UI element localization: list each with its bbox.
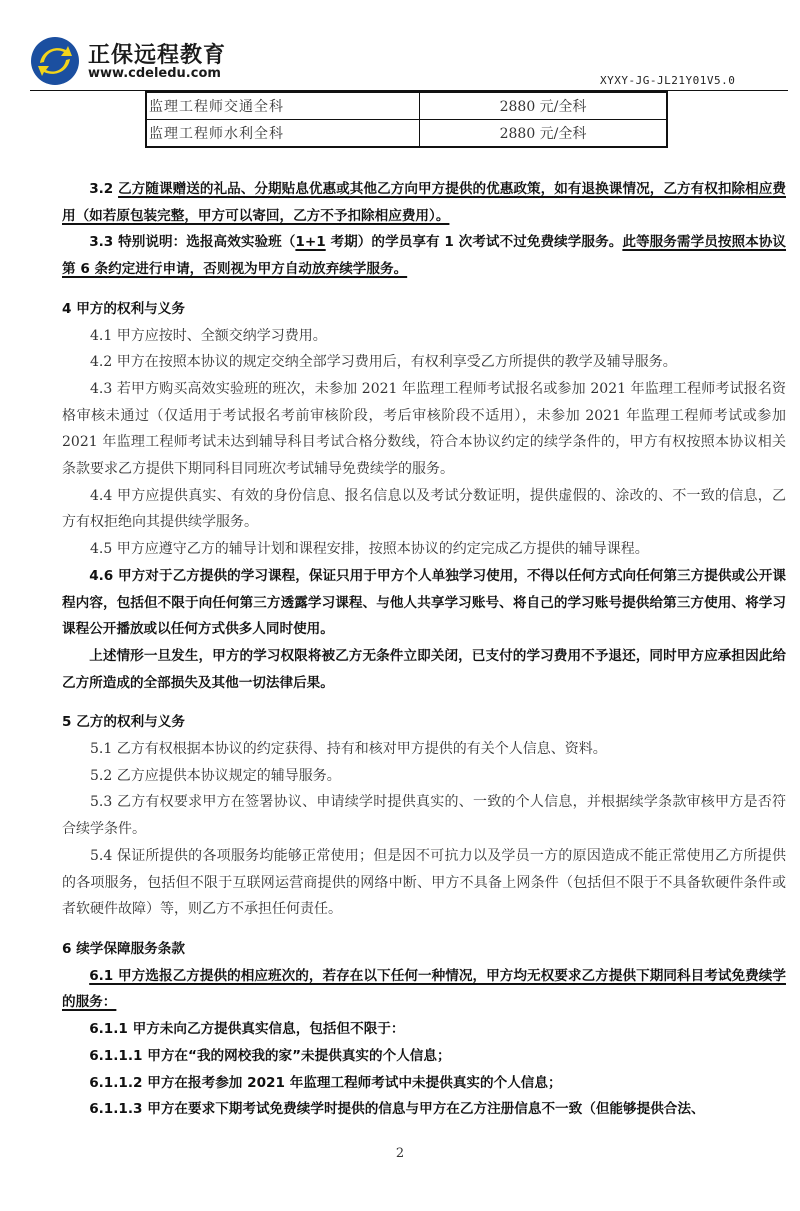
clause-4-5: 4.5 甲方应遵守乙方的辅导计划和课程安排，按照本协议的约定完成乙方提供的辅导课… — [62, 536, 786, 563]
clause-4-6-consequence: 上述情形一旦发生，甲方的学习权限将被乙方无条件立即关闭，已支付的学习费用不予退还… — [62, 643, 786, 696]
clause-4-6: 4.6 甲方对于乙方提供的学习课程，保证只用于甲方个人单独学习使用，不得以任何方… — [62, 563, 786, 643]
page-header: 正保远程教育 www.cdeledu.com XYXY-JG-JL21Y01V5… — [0, 0, 800, 92]
clause-6-1-1-3: 6.1.1.3 甲方在要求下期考试免费续学时提供的信息与甲方在乙方注册信息不一致… — [62, 1096, 786, 1123]
section-5-heading: 5 乙方的权利与义务 — [62, 709, 786, 736]
clause-3-2-text: 乙方随课赠送的礼品、分期贴息优惠或其他乙方向甲方提供的优惠政策，如有退换课情况，… — [62, 181, 786, 224]
brand-url: www.cdeledu.com — [88, 66, 221, 81]
document-code: XYXY-JG-JL21Y01V5.0 — [600, 74, 735, 87]
clause-5-1: 5.1 乙方有权根据本协议的约定获得、持有和核对甲方提供的有关个人信息、资料。 — [62, 736, 786, 763]
clause-5-4: 5.4 保证所提供的各项服务均能够正常使用；但是因不可抗力以及学员一方的原因造成… — [62, 843, 786, 923]
course-price: 2880 元/全科 — [420, 120, 668, 148]
clause-6-1-1: 6.1.1 甲方未向乙方提供真实信息，包括但不限于： — [62, 1016, 786, 1043]
course-price: 2880 元/全科 — [420, 92, 668, 120]
document-body: 3.2 乙方随课赠送的礼品、分期贴息优惠或其他乙方向甲方提供的优惠政策，如有退换… — [62, 176, 786, 1123]
page-number: 2 — [0, 1146, 800, 1161]
section-4-heading: 4 甲方的权利与义务 — [62, 296, 786, 323]
clause-5-3: 5.3 乙方有权要求甲方在签署协议、申请续学时提供真实的、一致的个人信息，并根据… — [62, 789, 786, 842]
course-name: 监理工程师水利全科 — [146, 120, 420, 148]
clause-3-2: 3.2 乙方随课赠送的礼品、分期贴息优惠或其他乙方向甲方提供的优惠政策，如有退换… — [62, 176, 786, 229]
course-name: 监理工程师交通全科 — [146, 92, 420, 120]
cdeledu-logo-icon — [30, 36, 80, 86]
clause-4-4: 4.4 甲方应提供真实、有效的身份信息、报名信息以及考试分数证明，提供虚假的、涂… — [62, 483, 786, 536]
price-table: 监理工程师交通全科 2880 元/全科 监理工程师水利全科 2880 元/全科 — [145, 91, 668, 148]
clause-4-3: 4.3 若甲方购买高效实验班的班次，未参加 2021 年监理工程师考试报名或参加… — [62, 376, 786, 483]
brand-name: 正保远程教育 — [88, 38, 226, 69]
clause-5-2: 5.2 乙方应提供本协议规定的辅导服务。 — [62, 763, 786, 790]
table-row: 监理工程师交通全科 2880 元/全科 — [146, 92, 667, 120]
clause-6-1-1-1: 6.1.1.1 甲方在“我的网校我的家”未提供真实的个人信息； — [62, 1043, 786, 1070]
clause-6-1-1-2: 6.1.1.2 甲方在报考参加 2021 年监理工程师考试中未提供真实的个人信息… — [62, 1070, 786, 1097]
section-6-heading: 6 续学保障服务条款 — [62, 936, 786, 963]
clause-3-3: 3.3 特别说明：选报高效实验班（1+1 考期）的学员享有 1 次考试不过免费续… — [62, 229, 786, 282]
clause-4-1: 4.1 甲方应按时、全额交纳学习费用。 — [62, 323, 786, 350]
table-row: 监理工程师水利全科 2880 元/全科 — [146, 120, 667, 148]
clause-6-1: 6.1 甲方选报乙方提供的相应班次的，若存在以下任何一种情况，甲方均无权要求乙方… — [62, 963, 786, 1016]
clause-4-2: 4.2 甲方在按照本协议的规定交纳全部学习费用后，有权利享受乙方所提供的教学及辅… — [62, 349, 786, 376]
